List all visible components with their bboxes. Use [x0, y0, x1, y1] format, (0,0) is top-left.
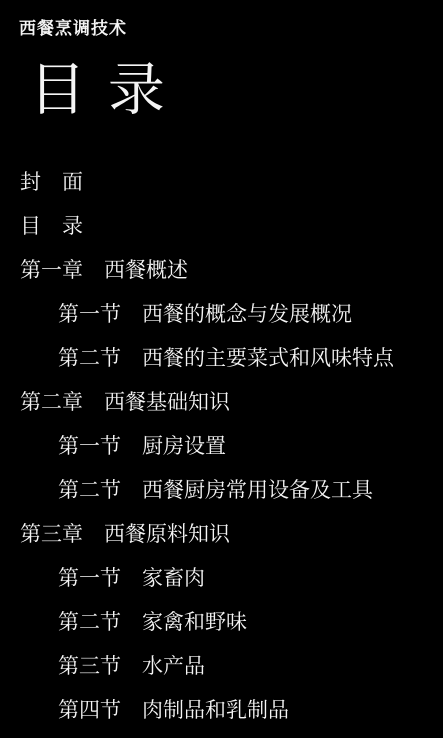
- toc-list: 封 面 目 录 第一章 西餐概述 第一节 西餐的概念与发展概况 第二节 西餐的主…: [0, 161, 443, 733]
- toc-item-chapter-1[interactable]: 第一章 西餐概述: [0, 249, 443, 293]
- toc-item-section-3-2[interactable]: 第二节 家禽和野味: [0, 601, 443, 645]
- toc-item-chapter-3[interactable]: 第三章 西餐原料知识: [0, 513, 443, 557]
- toc-item-contents[interactable]: 目 录: [0, 205, 443, 249]
- toc-item-section-3-4[interactable]: 第四节 肉制品和乳制品: [0, 689, 443, 733]
- toc-item-section-3-1[interactable]: 第一节 家畜肉: [0, 557, 443, 601]
- book-title: 西餐烹调技术: [19, 14, 127, 39]
- toc-item-section-2-2[interactable]: 第二节 西餐厨房常用设备及工具: [0, 469, 443, 513]
- toc-item-section-1-1[interactable]: 第一节 西餐的概念与发展概况: [0, 293, 443, 337]
- toc-page: 西餐烹调技术 目 录 封 面 目 录 第一章 西餐概述 第一节 西餐的概念与发展…: [0, 0, 443, 738]
- toc-item-section-3-3[interactable]: 第三节 水产品: [0, 645, 443, 689]
- toc-item-section-2-1[interactable]: 第一节 厨房设置: [0, 425, 443, 469]
- toc-item-section-1-2[interactable]: 第二节 西餐的主要菜式和风味特点: [0, 337, 443, 381]
- toc-item-chapter-2[interactable]: 第二章 西餐基础知识: [0, 381, 443, 425]
- toc-item-cover[interactable]: 封 面: [0, 161, 443, 205]
- page-title: 目 录: [29, 44, 168, 126]
